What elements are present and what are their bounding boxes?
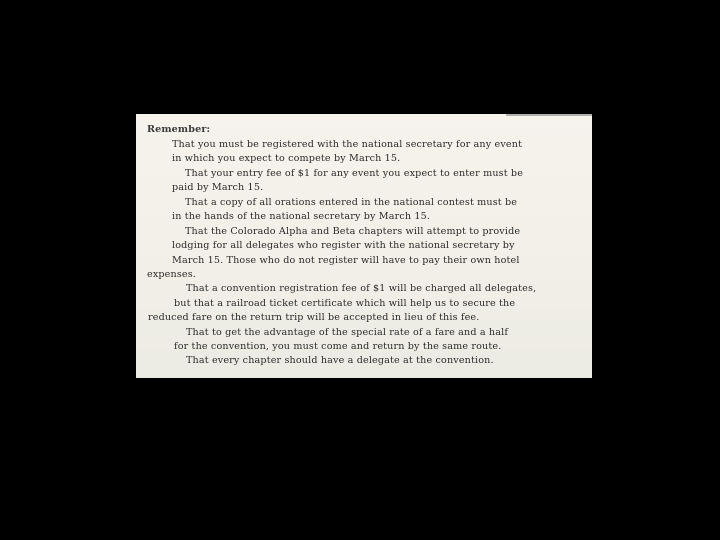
text-line: That a copy of all orations entered in t… [185, 197, 517, 208]
scan-artifact [506, 114, 592, 116]
remember-heading: Remember: [147, 124, 210, 135]
text-line: paid by March 15. [172, 182, 263, 193]
text-line: That every chapter should have a delegat… [186, 355, 494, 366]
text-line: lodging for all delegates who register w… [172, 240, 515, 251]
text-line: That your entry fee of $1 for any event … [185, 168, 523, 179]
text-line: That the Colorado Alpha and Beta chapter… [185, 226, 520, 237]
text-line: That you must be registered with the nat… [172, 139, 522, 150]
text-line: expenses. [147, 269, 196, 280]
text-line: in the hands of the national secretary b… [172, 211, 430, 222]
text-line: but that a railroad ticket certificate w… [174, 298, 515, 309]
text-line: for the convention, you must come and re… [174, 341, 501, 352]
text-line: That to get the advantage of the special… [186, 327, 508, 338]
text-line: March 15. Those who do not register will… [172, 255, 520, 266]
scanned-document-page: Remember: That you must be registered wi… [136, 114, 592, 378]
text-line: in which you expect to compete by March … [172, 153, 400, 164]
text-line: reduced fare on the return trip will be … [148, 312, 479, 323]
text-line: That a convention registration fee of $1… [186, 283, 536, 294]
